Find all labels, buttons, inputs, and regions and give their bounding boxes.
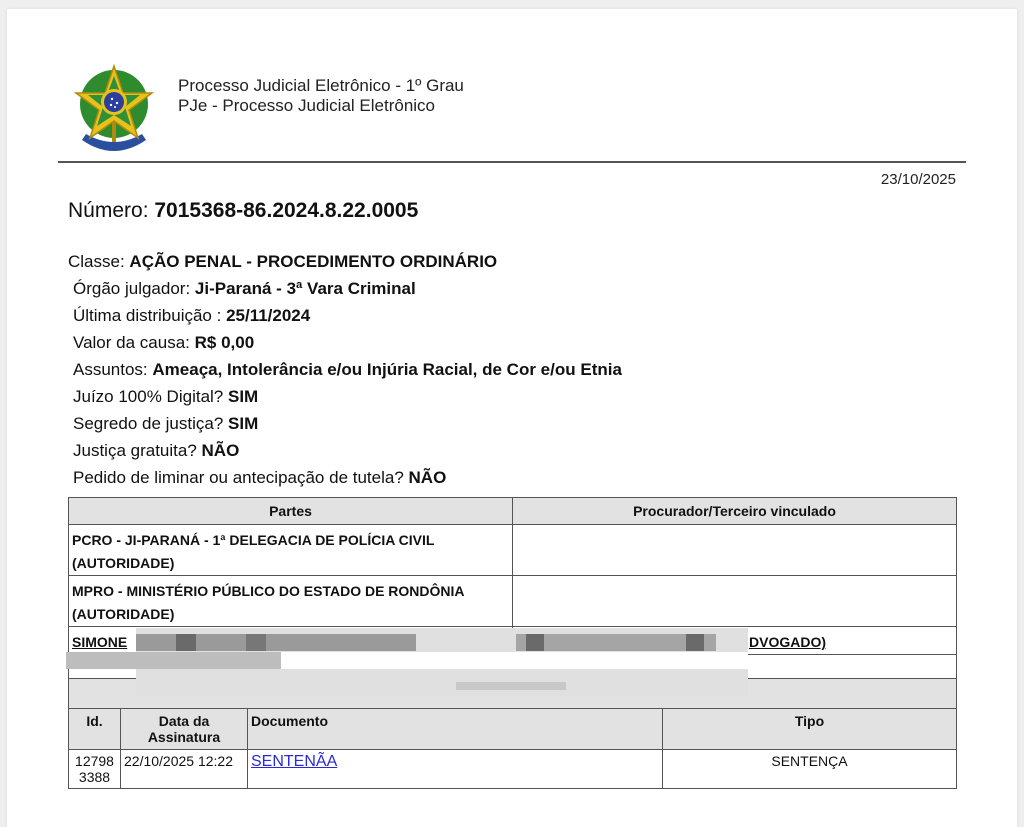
process-number-label: Número:: [68, 199, 149, 222]
field-ultima-distribuicao: Última distribuição : 25/11/2024: [68, 302, 622, 329]
doc-id-cell: 12798 3388: [69, 750, 121, 789]
document-header: Processo Judicial Eletrônico - 1º Grau P…: [72, 62, 492, 162]
field-justica-gratuita: Justiça gratuita? NÃO: [68, 437, 622, 464]
field-juizo-digital: Juízo 100% Digital? SIM: [68, 383, 622, 410]
header-divider: [58, 161, 966, 163]
document-date: 23/10/2025: [881, 171, 956, 188]
table-row: MPRO - MINISTÉRIO PÚBLICO DO ESTADO DE R…: [69, 576, 957, 627]
process-number: Número: 7015368-86.2024.8.22.0005: [68, 199, 418, 223]
field-valor-causa: Valor da causa: R$ 0,00: [68, 329, 622, 356]
procurador-header: Procurador/Terceiro vinculado: [513, 498, 957, 525]
document-link[interactable]: SENTENÃA: [251, 753, 337, 770]
tipo-header: Tipo: [663, 709, 957, 750]
documento-header: Documento: [248, 709, 663, 750]
procurador-cell: [513, 576, 957, 627]
doc-type-cell: SENTENÇA: [663, 750, 957, 789]
process-number-value: 7015368-86.2024.8.22.0005: [154, 199, 418, 222]
brazil-coat-of-arms-icon: [72, 62, 156, 158]
field-assuntos: Assuntos: Ameaça, Intolerância e/ou Injú…: [68, 356, 622, 383]
doc-name-cell: SENTENÃA: [248, 750, 663, 789]
parte-cell: PCRO - JI-PARANÁ - 1ª DELEGACIA DE POLÍC…: [69, 525, 513, 576]
field-classe: Classe: AÇÃO PENAL - PROCEDIMENTO ORDINÁ…: [68, 248, 622, 275]
process-fields: Classe: AÇÃO PENAL - PROCEDIMENTO ORDINÁ…: [68, 248, 622, 491]
redaction-overlay: [136, 628, 748, 696]
doc-date-cell: 22/10/2025 12:22: [121, 750, 248, 789]
procurador-cell: [513, 525, 957, 576]
table-row: PCRO - JI-PARANÁ - 1ª DELEGACIA DE POLÍC…: [69, 525, 957, 576]
field-pedido-liminar: Pedido de liminar ou antecipação de tute…: [68, 464, 622, 491]
parte-cell: MPRO - MINISTÉRIO PÚBLICO DO ESTADO DE R…: [69, 576, 513, 627]
id-header: Id.: [69, 709, 121, 750]
data-header: Data da Assinatura: [121, 709, 248, 750]
partes-header: Partes: [69, 498, 513, 525]
table-row: 12798 3388 22/10/2025 12:22 SENTENÃA SEN…: [69, 750, 957, 789]
header-line-2: PJe - Processo Judicial Eletrônico: [178, 96, 464, 116]
header-line-1: Processo Judicial Eletrônico - 1º Grau: [178, 76, 464, 96]
field-segredo-justica: Segredo de justiça? SIM: [68, 410, 622, 437]
field-orgao-julgador: Órgão julgador: Ji-Paraná - 3ª Vara Crim…: [68, 275, 622, 302]
